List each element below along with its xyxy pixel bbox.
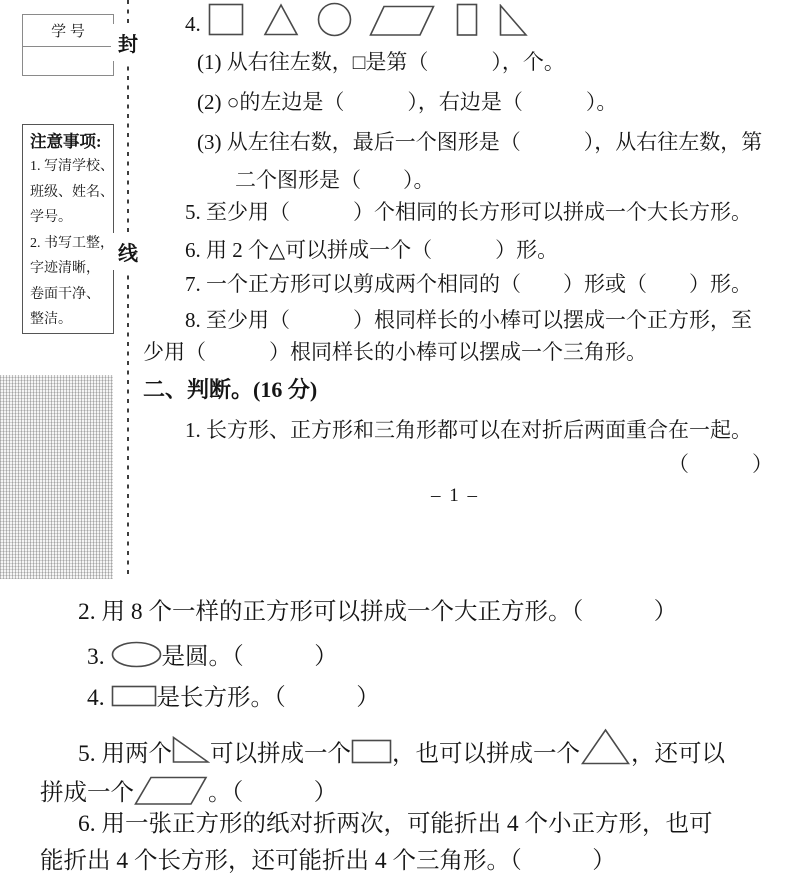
question-7: 7. 一个正方形可以剪成两个相同的（ ）形或（ ）形。: [185, 271, 752, 297]
notice-title: 注意事项:: [30, 130, 109, 154]
notice-line: 卷面干净、: [30, 282, 109, 308]
student-number-box: 学 号: [22, 14, 114, 76]
triangle-shape: [262, 3, 300, 37]
judge-5-seg3: ，也可以拼成一个: [392, 741, 580, 767]
judge-6-line2: 能折出 4 个长方形，还可能折出 4 个三角形。（ ）: [40, 846, 616, 876]
judge-1: 1. 长方形、正方形和三角形都可以在对折后两面重合在一起。: [185, 417, 752, 443]
question-5: 5. 至少用（ ）个相同的长方形可以拼成一个大长方形。: [185, 199, 752, 225]
question-4-sub3-line1: (3) 从左往右数，最后一个图形是（ ），从右往左数，第: [197, 129, 762, 155]
notice-box: 注意事项: 1. 写清学校、 班级、姓名、 学号。 2. 书写工整， 字迹清晰，…: [22, 124, 114, 334]
judge-3-prefix: 3.: [87, 644, 111, 670]
judge-5-line1: 5. 用两个可以拼成一个，也可以拼成一个，还可以: [78, 728, 725, 769]
rectangle-shape: [351, 739, 392, 764]
right-triangle-shape: [499, 4, 528, 37]
exam-paper: 学 号 封 线 注意事项: 1. 写清学校、 班级、姓名、 学号。 2. 书写工…: [0, 0, 790, 889]
right-triangle-shape: [172, 736, 210, 764]
notice-line: 2. 书写工整，: [30, 231, 109, 257]
judge-5-line2: 拼成一个。（ ）: [40, 776, 337, 808]
notice-line: 整洁。: [30, 307, 109, 333]
square-shape: [208, 3, 244, 37]
student-number-label: 学 号: [23, 15, 113, 47]
judge-5-seg1: 5. 用两个: [78, 741, 172, 767]
judge-5-seg2: 可以拼成一个: [210, 741, 351, 767]
vertical-rectangle-shape: [456, 3, 478, 37]
seal-char-xian: 线: [111, 233, 145, 270]
notice-line: 学号。: [30, 205, 109, 231]
judge-4: 4. 是长方形。（ ）: [87, 683, 380, 713]
parallelogram-shape: [369, 5, 435, 37]
question-8-line2: 少用（ ）根同样长的小棒可以摆成一个三角形。: [143, 339, 647, 365]
judge-6-line1: 6. 用一张正方形的纸对折两次，可能折出 4 个小正方形，也可: [78, 809, 713, 839]
question-6: 6. 用 2 个△可以拼成一个（ ）形。: [185, 237, 558, 263]
question-4-number: 4.: [185, 11, 201, 37]
rectangle-shape: [111, 685, 157, 707]
triangle-shape: [580, 728, 631, 766]
ellipse-shape: [111, 641, 162, 668]
question-4-sub1: (1) 从右往左数，□是第（ ），个。: [197, 49, 565, 75]
notice-line: 班级、姓名、: [30, 180, 109, 206]
seal-dotted-line: [127, 0, 129, 578]
page-number: – 1 –: [380, 485, 530, 507]
judge-1-answer-blank: （ ）: [668, 451, 773, 477]
question-4-shapes-row: 4.: [185, 2, 528, 37]
judge-5-line2-seg2: 。（ ）: [208, 780, 337, 806]
security-hatch-texture: [0, 375, 113, 579]
seal-char-feng: 封: [111, 24, 145, 61]
question-4-sub2: (2) ○的左边是（ ），右边是（ ）。: [197, 89, 617, 115]
judge-4-suffix: 是长方形。（ ）: [157, 685, 380, 711]
parallelogram-shape: [134, 776, 208, 806]
judge-3: 3. 是圆。（ ）: [87, 641, 338, 672]
circle-shape: [316, 2, 353, 37]
judge-2: 2. 用 8 个一样的正方形可以拼成一个大正方形。（ ）: [78, 597, 677, 627]
judge-5-seg4: ，还可以: [631, 741, 725, 767]
question-8-line1: 8. 至少用（ ）根同样长的小棒可以摆成一个正方形，至: [185, 307, 752, 333]
section-2-title: 二、判断。(16 分): [143, 377, 317, 403]
notice-line: 字迹清晰，: [30, 256, 109, 282]
judge-3-suffix: 是圆。（ ）: [162, 644, 338, 670]
judge-5-line2-seg1: 拼成一个: [40, 780, 134, 806]
notice-line: 1. 写清学校、: [30, 154, 109, 180]
question-4-sub3-line2: 二个图形是（ ）。: [235, 167, 435, 193]
judge-4-prefix: 4.: [87, 685, 111, 711]
